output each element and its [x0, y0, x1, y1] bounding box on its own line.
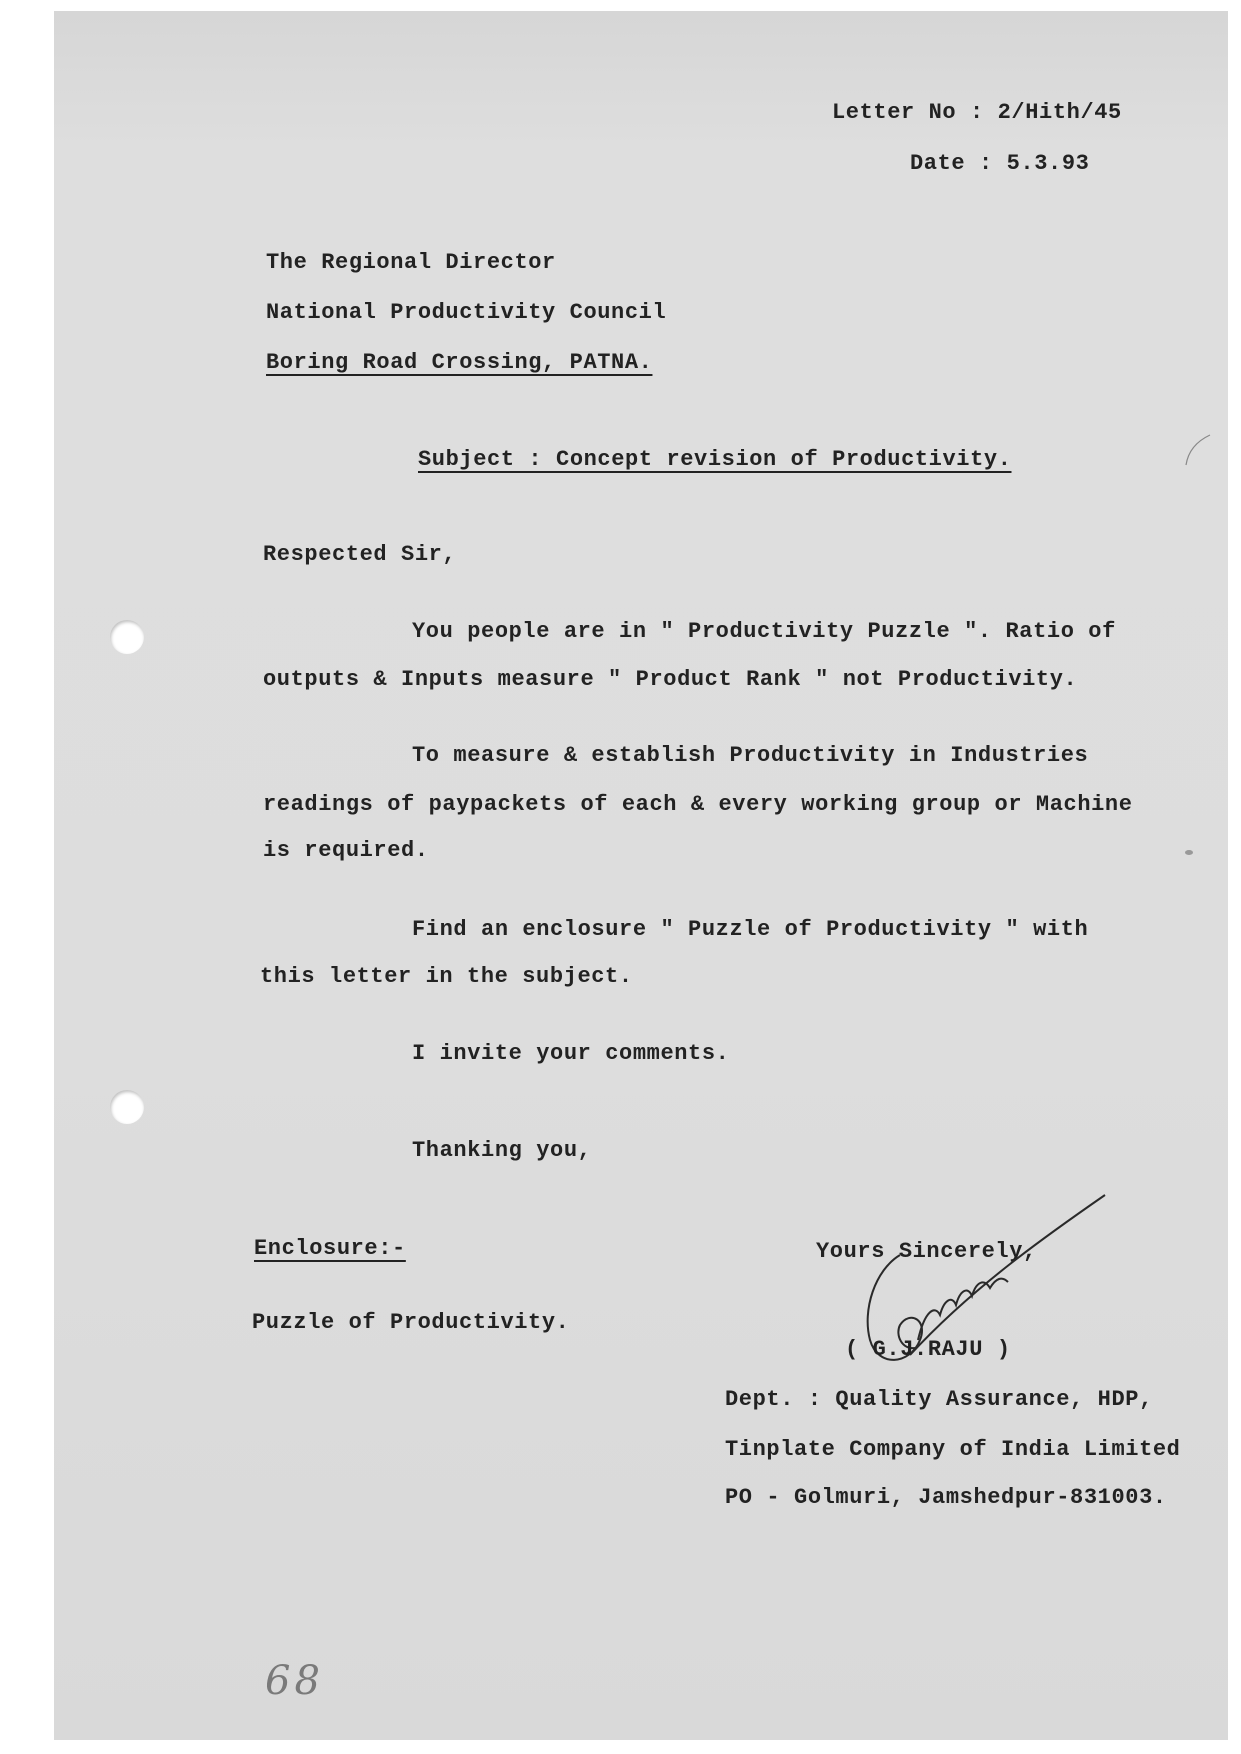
punch-hole [110, 620, 144, 654]
letter-number: Letter No : 2/Hith/45 [832, 100, 1122, 126]
paragraph-3-line-1: Find an enclosure " Puzzle of Productivi… [412, 917, 1088, 943]
enclosure-item: Puzzle of Productivity. [252, 1310, 569, 1336]
punch-hole [110, 1090, 144, 1124]
signatory-department: Dept. : Quality Assurance, HDP, [725, 1387, 1153, 1413]
paragraph-2-line-1: To measure & establish Productivity in I… [412, 743, 1088, 769]
recipient-title: The Regional Director [266, 250, 556, 276]
signatory-name: ( G.J.RAJU ) [845, 1337, 1011, 1363]
enclosure-label: Enclosure:- [254, 1236, 406, 1262]
letter-page [54, 11, 1228, 1740]
pencil-mark [1180, 430, 1220, 470]
smudge-mark [1185, 850, 1193, 855]
paragraph-2-line-3: is required. [263, 838, 429, 864]
signatory-company: Tinplate Company of India Limited [725, 1437, 1180, 1463]
paragraph-1-line-2: outputs & Inputs measure " Product Rank … [263, 667, 1077, 693]
paragraph-4: I invite your comments. [412, 1041, 729, 1067]
recipient-address: Boring Road Crossing, PATNA. [266, 350, 652, 376]
paragraph-3-line-2: this letter in the subject. [260, 964, 633, 990]
paragraph-1-line-1: You people are in " Productivity Puzzle … [412, 619, 1116, 645]
salutation: Respected Sir, [263, 542, 456, 568]
handwritten-page-number: 68 [265, 1658, 324, 1704]
closing-thanks: Thanking you, [412, 1138, 591, 1164]
letter-date: Date : 5.3.93 [910, 151, 1089, 177]
subject-line: Subject : Concept revision of Productivi… [418, 447, 1012, 473]
signatory-address: PO - Golmuri, Jamshedpur-831003. [725, 1485, 1167, 1511]
paragraph-2-line-2: readings of paypackets of each & every w… [263, 792, 1133, 818]
recipient-organization: National Productivity Council [266, 300, 666, 326]
